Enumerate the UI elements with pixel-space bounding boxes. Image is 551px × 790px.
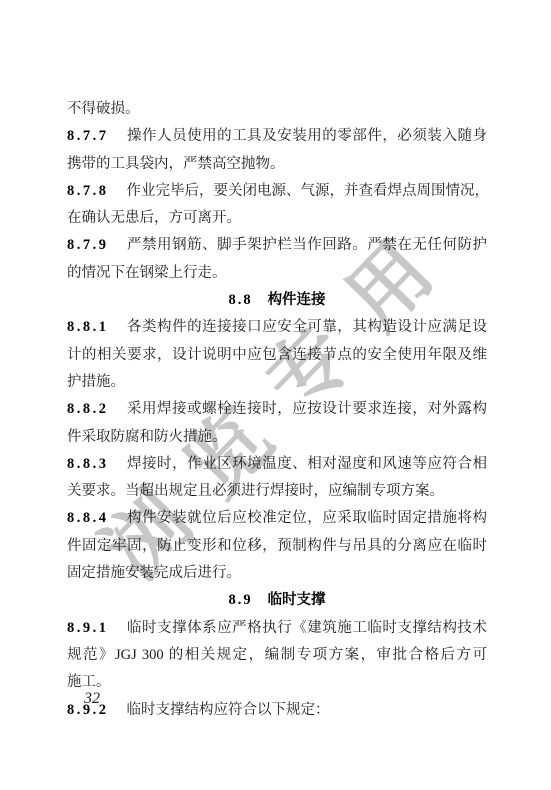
section-title: 构件连接 [268,292,326,308]
clause-line: 施工。 [67,669,487,696]
clause-line: 8.8.1各类构件的连接接口应安全可靠，其构造设计应满足设 [67,314,487,341]
clause-line: 关要求。当超出规定且必须进行焊接时，应编制专项方案。 [67,478,487,505]
clause-line: 8.8.2采用焊接或螺栓连接时，应按设计要求连接，对外露构 [67,396,487,423]
clause-line: 8.9.2临时支撑结构应符合以下规定： [67,697,487,724]
section-number: 8.9 [228,592,252,608]
document-page: 浏览专用 不得破损。 8.7.7操作人员使用的工具及安装用的零部件，必须装入随身… [0,0,551,790]
paragraph: 8.8.4构件安装就位后应校准定位，应采取临时固定措施将构件固定牢固，防止变形和… [67,505,487,587]
section-heading: 8.9临时支撑 [67,587,487,614]
clause-line: 8.7.9严禁用钢筋、脚手架护栏当作回路。严禁在无任何防护 [67,232,487,259]
clause-line: 8.8.3焊接时，作业区环境温度、相对湿度和风速等应符合相 [67,451,487,478]
clause-line: 不得破损。 [67,96,487,123]
section-heading: 8.8构件连接 [67,287,487,314]
clause-number: 8.8.1 [67,319,109,335]
clause-line: 携带的工具袋内，严禁高空抛物。 [67,151,487,178]
clause-number: 8.8.2 [67,401,109,417]
clause-number: 8.8.3 [67,456,109,472]
paragraph: 8.8.3焊接时，作业区环境温度、相对湿度和风速等应符合相关要求。当超出规定且必… [67,451,487,506]
clause-number: 8.7.8 [67,183,109,199]
paragraph: 8.9.1临时支撑体系应严格执行《建筑施工临时支撑结构技术规范》JGJ 300 … [67,615,487,697]
paragraph: 8.7.9严禁用钢筋、脚手架护栏当作回路。严禁在无任何防护的情况下在钢梁上行走。 [67,232,487,287]
paragraph: 8.9.2临时支撑结构应符合以下规定： [67,697,487,724]
clause-line: 8.7.8作业完毕后，要关闭电源、气源，并查看焊点周围情况， [67,178,487,205]
clause-number: 8.7.7 [67,128,109,144]
paragraph: 8.7.7操作人员使用的工具及安装用的零部件，必须装入随身携带的工具袋内，严禁高… [67,123,487,178]
clause-number: 8.9.1 [67,620,109,636]
paragraph: 8.8.1各类构件的连接接口应安全可靠，其构造设计应满足设计的相关要求，设计说明… [67,314,487,396]
clause-line: 件采取防腐和防火措施。 [67,424,487,451]
clause-line: 的情况下在钢梁上行走。 [67,260,487,287]
clause-line: 8.7.7操作人员使用的工具及安装用的零部件，必须装入随身 [67,123,487,150]
clause-line: 护措施。 [67,369,487,396]
paragraph: 不得破损。 [67,96,487,123]
clause-number: 8.7.9 [67,237,109,253]
clause-line: 计的相关要求，设计说明中应包含连接节点的安全使用年限及维 [67,342,487,369]
clause-line: 规范》JGJ 300 的相关规定，编制专项方案，审批合格后方可 [67,642,487,669]
paragraph: 8.7.8作业完毕后，要关闭电源、气源，并查看焊点周围情况，在确认无患后，方可离… [67,178,487,233]
clause-line: 8.9.1临时支撑体系应严格执行《建筑施工临时支撑结构技术 [67,615,487,642]
clause-number: 8.8.4 [67,510,109,526]
section-title: 临时支撑 [268,592,326,608]
paragraph: 8.8.2采用焊接或螺栓连接时，应按设计要求连接，对外露构件采取防腐和防火措施。 [67,396,487,451]
clause-line: 8.8.4构件安装就位后应校准定位，应采取临时固定措施将构 [67,505,487,532]
document-body: 不得破损。 8.7.7操作人员使用的工具及安装用的零部件，必须装入随身携带的工具… [67,96,487,724]
page-number: 32 [84,688,100,710]
clause-line: 在确认无患后，方可离开。 [67,205,487,232]
section-number: 8.8 [228,292,252,308]
clause-line: 件固定牢固，防止变形和位移，预制构件与吊具的分离应在临时 [67,533,487,560]
clause-line: 固定措施安装完成后进行。 [67,560,487,587]
